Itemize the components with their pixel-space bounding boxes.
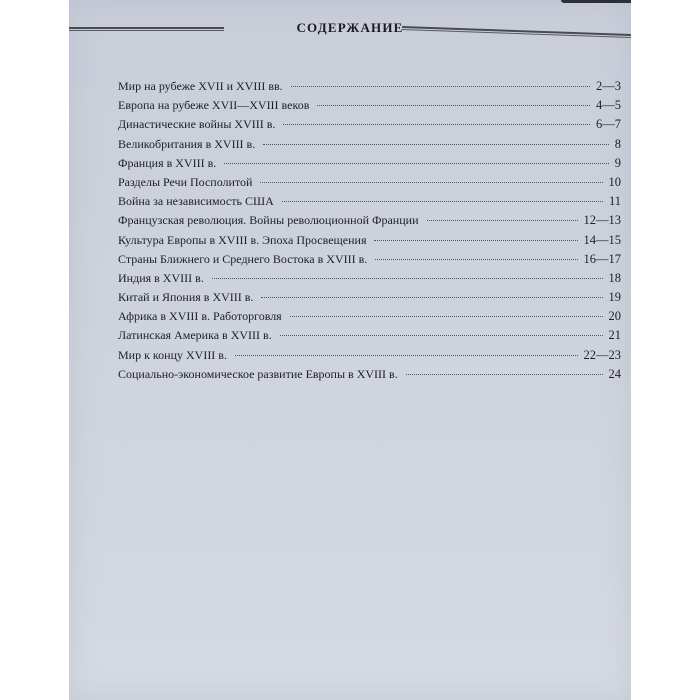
- toc-entry-title: Африка в XVIII в. Работорговля: [118, 309, 282, 324]
- dot-leader: [282, 201, 603, 202]
- book-page: СОДЕРЖАНИЕ Мир на рубеже XVII и XVIII вв…: [69, 0, 631, 700]
- dot-leader: [317, 105, 590, 106]
- dot-leader: [283, 124, 590, 125]
- toc-entry-page: 6—7: [596, 117, 621, 132]
- toc-entry-title: Великобритания в XVIII в.: [118, 137, 255, 152]
- toc-entry-page: 9: [615, 156, 621, 171]
- dot-leader: [261, 297, 602, 298]
- decorative-top-edge: [561, 0, 631, 3]
- toc-entry-title: Латинская Америка в XVIII в.: [118, 328, 272, 343]
- toc-entry-page: 12—13: [584, 213, 622, 228]
- toc-entry: Социально-экономическое развитие Европы …: [118, 367, 621, 386]
- toc-entry: Африка в XVIII в. Работорговля 20: [118, 309, 621, 328]
- toc-entry: Династические войны XVIII в. 6—7: [118, 117, 621, 136]
- toc-entry-page: 2—3: [596, 79, 621, 94]
- toc-entry-page: 16—17: [584, 252, 622, 267]
- toc-entry: Латинская Америка в XVIII в. 21: [118, 328, 621, 347]
- dot-leader: [212, 278, 603, 279]
- toc-entry-page: 10: [609, 175, 622, 190]
- dot-leader: [291, 86, 590, 87]
- table-of-contents: Мир на рубеже XVII и XVIII вв. 2—3 Европ…: [118, 79, 621, 386]
- toc-entry-page: 19: [609, 290, 622, 305]
- toc-entry: Франция в XVIII в. 9: [118, 156, 621, 175]
- toc-entry: Китай и Япония в XVIII в. 19: [118, 290, 621, 309]
- toc-entry-page: 8: [615, 137, 621, 152]
- toc-entry: Великобритания в XVIII в. 8: [118, 137, 621, 156]
- toc-entry-title: Социально-экономическое развитие Европы …: [118, 367, 398, 382]
- toc-entry-title: Страны Ближнего и Среднего Востока в XVI…: [118, 252, 367, 267]
- toc-entry-title: Разделы Речи Посполитой: [118, 175, 252, 190]
- dot-leader: [263, 144, 609, 145]
- dot-leader: [224, 163, 609, 164]
- toc-entry: Мир к концу XVIII в. 22—23: [118, 348, 621, 367]
- toc-entry-title: Мир на рубеже XVII и XVIII вв.: [118, 79, 283, 94]
- toc-entry-page: 4—5: [596, 98, 621, 113]
- dot-leader: [427, 220, 578, 221]
- toc-entry-page: 24: [609, 367, 622, 382]
- toc-entry-page: 18: [609, 271, 622, 286]
- toc-entry: Страны Ближнего и Среднего Востока в XVI…: [118, 252, 621, 271]
- dot-leader: [374, 240, 577, 241]
- toc-entry-page: 20: [609, 309, 622, 324]
- toc-entry-page: 11: [609, 194, 621, 209]
- toc-entry-page: 14—15: [584, 233, 622, 248]
- toc-entry-page: 21: [609, 328, 622, 343]
- dot-leader: [375, 259, 577, 260]
- toc-entry-title: Китай и Япония в XVIII в.: [118, 290, 253, 305]
- toc-entry: Война за независимость США 11: [118, 194, 621, 213]
- toc-entry: Индия в XVIII в. 18: [118, 271, 621, 290]
- dot-leader: [235, 355, 578, 356]
- toc-entry: Культура Европы в XVIII в. Эпоха Просвещ…: [118, 233, 621, 252]
- toc-entry: Разделы Речи Посполитой 10: [118, 175, 621, 194]
- toc-entry-title: Европа на рубеже XVII—XVIII веков: [118, 98, 309, 113]
- dot-leader: [280, 335, 603, 336]
- dot-leader: [290, 316, 603, 317]
- toc-entry-title: Французская революция. Войны революционн…: [118, 213, 419, 228]
- toc-entry: Французская революция. Войны революционн…: [118, 213, 621, 232]
- page-title: СОДЕРЖАНИЕ: [69, 20, 631, 36]
- toc-entry-title: Война за независимость США: [118, 194, 274, 209]
- toc-entry-title: Мир к концу XVIII в.: [118, 348, 227, 363]
- toc-entry-title: Индия в XVIII в.: [118, 271, 204, 286]
- toc-entry: Европа на рубеже XVII—XVIII веков 4—5: [118, 98, 621, 117]
- dot-leader: [260, 182, 602, 183]
- dot-leader: [406, 374, 603, 375]
- toc-entry: Мир на рубеже XVII и XVIII вв. 2—3: [118, 79, 621, 98]
- toc-entry-title: Франция в XVIII в.: [118, 156, 216, 171]
- toc-entry-page: 22—23: [584, 348, 622, 363]
- toc-entry-title: Культура Европы в XVIII в. Эпоха Просвещ…: [118, 233, 366, 248]
- toc-entry-title: Династические войны XVIII в.: [118, 117, 275, 132]
